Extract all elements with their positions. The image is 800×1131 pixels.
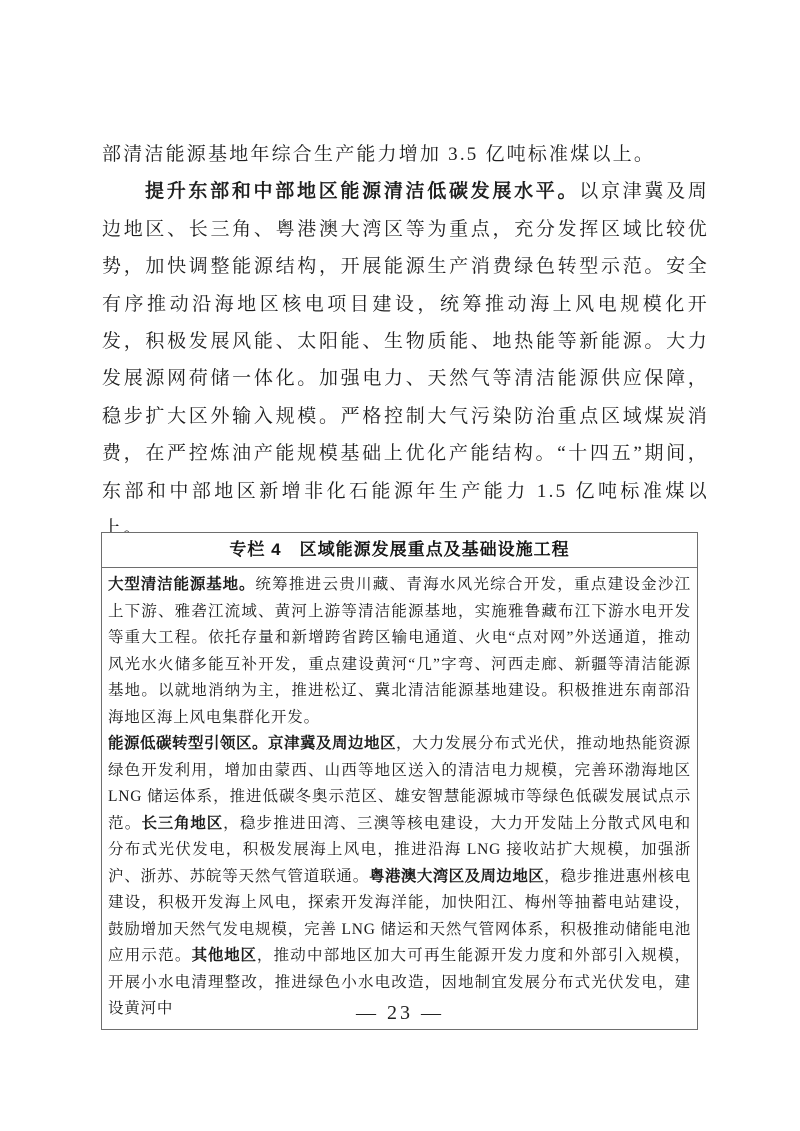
- document-page: 部清洁能源基地年综合生产能力增加 3.5 亿吨标准煤以上。提升东部和中部地区能源…: [0, 0, 800, 1131]
- feature-box: 专栏 4 区域能源发展重点及基础设施工程 大型清洁能源基地。统筹推进云贵川藏、青…: [101, 532, 698, 1030]
- text-run: 统筹推进云贵川藏、青海水风光综合开发，重点建设金沙江上下游、雅砻江流域、黄河上游…: [108, 576, 691, 726]
- paragraph: 能源低碳转型引领区。京津冀及周边地区，大力发展分布式光伏，推动地热能资源绿色开发…: [108, 731, 691, 1023]
- bold-text-run: 提升东部和中部地区能源清洁低碳发展水平。: [145, 181, 579, 202]
- body-text: 部清洁能源基地年综合生产能力增加 3.5 亿吨标准煤以上。提升东部和中部地区能源…: [102, 136, 709, 547]
- bold-text-run: 长三角地区: [141, 815, 223, 832]
- paragraph: 提升东部和中部地区能源清洁低碳发展水平。以京津冀及周边地区、长三角、粤港澳大湾区…: [102, 173, 709, 547]
- bold-text-run: 粤港澳大湾区及周边地区: [369, 868, 544, 885]
- bold-text-run: 大型清洁能源基地。: [108, 576, 255, 593]
- page-number: — 23 —: [0, 1002, 800, 1025]
- bold-text-run: 其他地区: [192, 947, 257, 964]
- text-run: 以京津冀及周边地区、长三角、粤港澳大湾区等为重点，充分发挥区域比较优势，加快调整…: [102, 181, 709, 539]
- bold-text-run: 能源低碳转型引领区。京津冀及周边地区: [108, 735, 396, 752]
- text-run: 部清洁能源基地年综合生产能力增加 3.5 亿吨标准煤以上。: [102, 144, 655, 165]
- paragraph: 部清洁能源基地年综合生产能力增加 3.5 亿吨标准煤以上。: [102, 136, 709, 173]
- paragraph: 大型清洁能源基地。统筹推进云贵川藏、青海水风光综合开发，重点建设金沙江上下游、雅…: [108, 572, 691, 731]
- feature-box-body: 大型清洁能源基地。统筹推进云贵川藏、青海水风光综合开发，重点建设金沙江上下游、雅…: [102, 568, 697, 1029]
- feature-box-title: 专栏 4 区域能源发展重点及基础设施工程: [102, 533, 697, 568]
